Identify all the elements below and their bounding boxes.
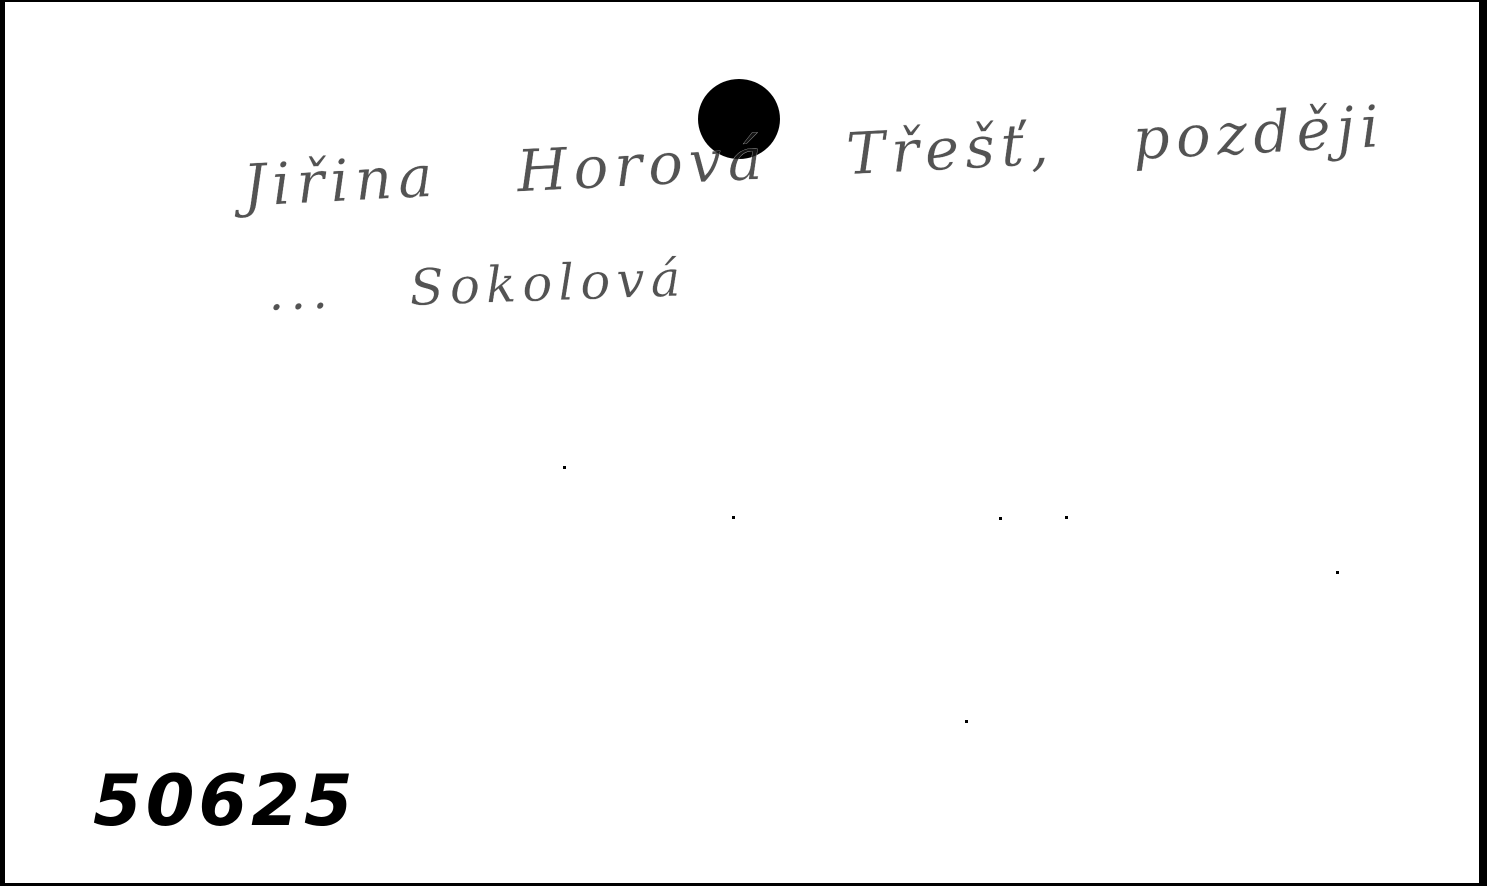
handwriting-line-1: Jiřina Horová Třešť, později [241, 89, 1447, 220]
handwriting-line-2: ... Sokolová [267, 247, 747, 322]
speck [732, 516, 735, 519]
handwritten-word-3: Třešť, [845, 109, 1057, 188]
handwritten-word-2: Horová [515, 124, 770, 205]
card-number: 50625 [93, 760, 357, 842]
handwritten-word-4: později [1131, 92, 1387, 173]
speck [965, 720, 968, 723]
handwritten-word-5: ... [267, 262, 335, 322]
speck [1065, 516, 1068, 519]
handwritten-word-6: Sokolová [409, 249, 688, 317]
speck [999, 517, 1002, 520]
speck [1336, 571, 1339, 574]
index-card: Jiřina Horová Třešť, později ... Sokolov… [5, 2, 1479, 883]
speck [563, 466, 566, 469]
handwritten-word-1: Jiřina [241, 142, 440, 220]
